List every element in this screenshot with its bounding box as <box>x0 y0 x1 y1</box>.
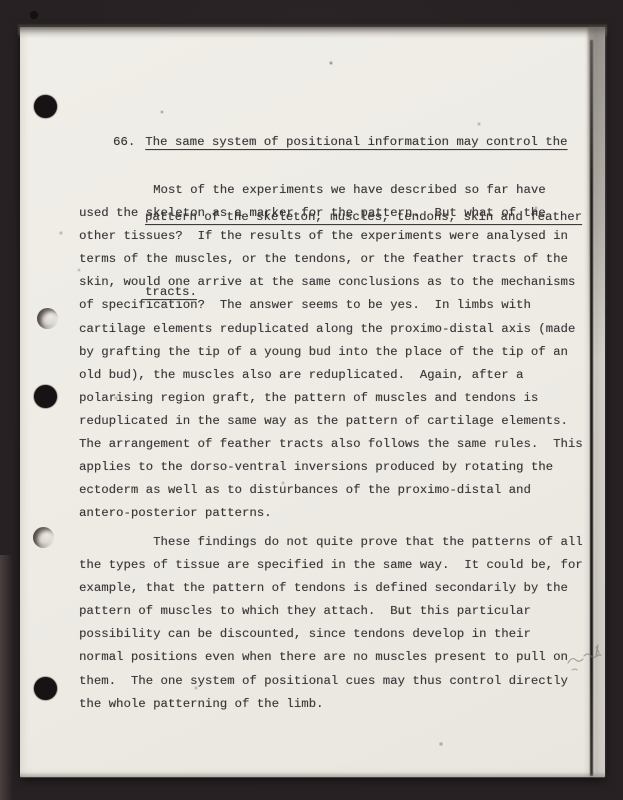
text-line: of specification? The answer seems to be… <box>79 294 583 317</box>
background-edge-light <box>0 555 13 800</box>
text-line: These findings do not quite prove that t… <box>79 531 583 554</box>
document-page: 66.The same system of positional informa… <box>20 27 605 777</box>
text-line: by grafting the tip of a young bud into … <box>79 341 583 364</box>
text-line: ectoderm as well as to disturbances of t… <box>79 479 583 502</box>
heading-line: 66.The same system of positional informa… <box>113 130 582 155</box>
text-line: applies to the dorso-ventral inversions … <box>79 456 583 479</box>
text-line: terms of the muscles, or the tendons, or… <box>79 248 583 271</box>
text-line: example, that the pattern of tendons is … <box>79 577 583 600</box>
hole-punch <box>34 677 57 700</box>
text-line: pattern of muscles to which they attach.… <box>79 600 583 623</box>
text-line: them. The one system of positional cues … <box>79 670 583 693</box>
page-top-edge-shadow <box>18 24 607 38</box>
text-line: antero-posterior patterns. <box>79 502 583 525</box>
paragraph-2: These findings do not quite prove that t… <box>79 531 583 716</box>
text-line: cartilage elements reduplicated along th… <box>79 318 583 341</box>
text-line: polarising region graft, the pattern of … <box>79 387 583 410</box>
heading-text: The same system of positional informatio… <box>145 135 567 149</box>
text-line: the types of tissue are specified in the… <box>79 554 583 577</box>
text-line: The arrangement of feather tracts also f… <box>79 433 583 456</box>
page-bottom-edge-shadow <box>20 772 605 778</box>
pencil-smudge <box>563 639 607 679</box>
hole-punch-partial <box>37 308 58 329</box>
text-line: old bud), the muscles also are reduplica… <box>79 364 583 387</box>
text-line: possibility can be discounted, since ten… <box>79 623 583 646</box>
text-line: normal positions even when there are no … <box>79 646 583 669</box>
paper-speckles <box>20 27 22 29</box>
text-line: used the skeleton as a marker for the pa… <box>79 202 583 225</box>
text-line: reduplicated in the same way as the patt… <box>79 410 583 433</box>
hole-punch <box>34 385 57 408</box>
background-speck <box>30 11 38 19</box>
text-line: Most of the experiments we have describe… <box>79 179 583 202</box>
hole-punch <box>34 95 57 118</box>
paragraph-1: Most of the experiments we have describe… <box>79 179 583 525</box>
text-line: the whole patterning of the limb. <box>79 693 583 716</box>
text-line: other tissues? If the results of the exp… <box>79 225 583 248</box>
hole-punch-partial <box>33 527 54 548</box>
photo-background: 66.The same system of positional informa… <box>0 0 623 800</box>
section-number: 66. <box>113 130 135 155</box>
text-line: skin, would one arrive at the same concl… <box>79 271 583 294</box>
